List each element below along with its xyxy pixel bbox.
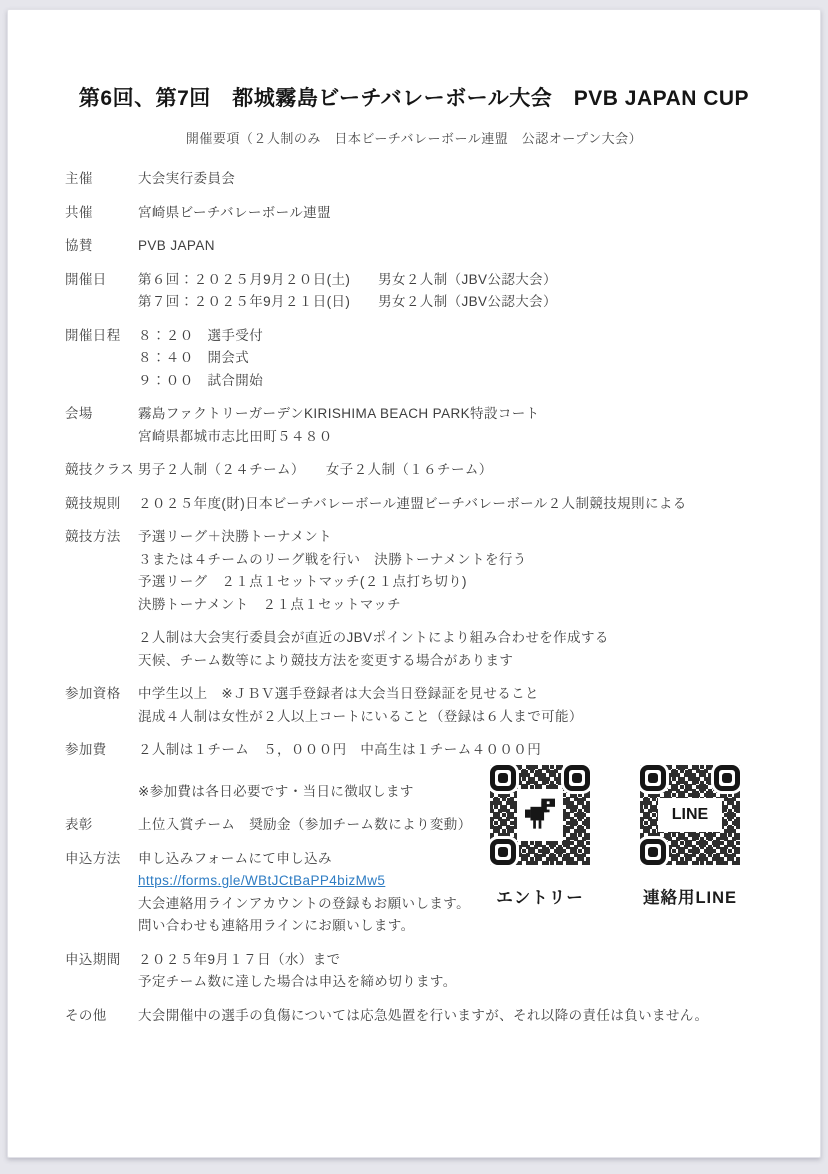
qr-finder-icon — [640, 765, 666, 791]
row-label: 参加資格 — [65, 683, 138, 728]
qr-finder-icon — [490, 765, 516, 791]
row-eligibility: 参加資格 中学生以上 ※ＪＢＶ選手登録者は大会当日登録証を見せること 混成４人制… — [65, 683, 760, 728]
row-label: 競技方法 — [65, 526, 138, 616]
row-line: 大会実行委員会 — [138, 168, 760, 191]
row-line: 決勝トーナメント ２１点１セットマッチ — [138, 594, 760, 617]
row-line: ８：４０ 開会式 — [138, 347, 760, 370]
qr-area: エントリー LINE 連絡用LINE — [488, 763, 742, 908]
row-line: 混成４人制は女性が２人以上コートにいること（登録は６人まで可能） — [138, 706, 760, 729]
qr-finder-icon — [640, 839, 666, 865]
row-label: 競技規則 — [65, 493, 138, 516]
row-line: 男子２人制（２４チーム） 女子２人制（１６チーム） — [138, 459, 760, 482]
line-qr-block: LINE 連絡用LINE — [638, 763, 742, 908]
dino-icon — [521, 793, 559, 837]
row-label: 会場 — [65, 403, 138, 448]
row-format-notes: ２人制は大会実行委員会が直近のJBVポイントにより組み合わせを作成する 天候、チ… — [65, 627, 760, 672]
row-label — [65, 781, 138, 804]
row-label: 開催日 — [65, 269, 138, 314]
line-logo: LINE — [662, 802, 718, 828]
row-label: その他 — [65, 1005, 138, 1028]
line-qr-label: 連絡用LINE — [638, 884, 742, 908]
row-line: ２０２５年9月１７日（水）まで — [138, 949, 760, 972]
entry-qr-code[interactable] — [488, 763, 592, 867]
row-rules: 競技規則 ２０２５年度(財)日本ビーチバレーボール連盟ビーチバレーボール２人制競… — [65, 493, 760, 516]
row-line: 予定チーム数に達した場合は申込を締め切ります。 — [138, 971, 760, 994]
qr-finder-icon — [564, 765, 590, 791]
row-sponsor: 協賛 PVB JAPAN — [65, 235, 760, 258]
row-format: 競技方法 予選リーグ＋決勝トーナメント ３または４チームのリーグ戦を行い 決勝ト… — [65, 526, 760, 616]
row-line: 宮崎県ビーチバレーボール連盟 — [138, 202, 760, 225]
row-line: 問い合わせも連絡用ラインにお願いします。 — [138, 915, 760, 938]
row-line: 霧島ファクトリーガーデンKIRISHIMA BEACH PARK特設コート — [138, 403, 760, 426]
row-cohost: 共催 宮崎県ビーチバレーボール連盟 — [65, 202, 760, 225]
row-fee: 参加費 ２人制は１チーム ５，０００円 中高生は１チーム４０００円 — [65, 739, 760, 762]
row-line: 第７回：２０２５年9月２１日(日) 男女２人制（JBV公認大会） — [138, 291, 760, 314]
page-subtitle: 開催要項（２人制のみ 日本ビーチバレーボール連盟 公認オープン大会） — [8, 128, 820, 147]
row-line: 第６回：２０２５月9月２０日(土) 男女２人制（JBV公認大会） — [138, 269, 760, 292]
row-organizer: 主催 大会実行委員会 — [65, 168, 760, 191]
row-label: 競技クラス — [65, 459, 138, 482]
row-line: ２人制は大会実行委員会が直近のJBVポイントにより組み合わせを作成する — [138, 627, 760, 650]
row-label — [65, 627, 138, 672]
row-label: 申込期間 — [65, 949, 138, 994]
row-line: 中学生以上 ※ＪＢＶ選手登録者は大会当日登録証を見せること — [138, 683, 760, 706]
row-label: 参加費 — [65, 739, 138, 762]
row-line: 予選リーグ ２１点１セットマッチ(２１点打ち切り) — [138, 571, 760, 594]
entry-qr-label: エントリー — [488, 884, 592, 908]
row-label: 表彰 — [65, 814, 138, 837]
row-schedule: 開催日程 ８：２０ 選手受付 ８：４０ 開会式 ９：００ 試合開始 — [65, 325, 760, 393]
row-label: 主催 — [65, 168, 138, 191]
application-form-link[interactable]: https://forms.gle/WBtJCtBaPP4bizMw5 — [138, 873, 385, 888]
row-line: 宮崎県都城市志比田町５４８０ — [138, 426, 760, 449]
row-label: 開催日程 — [65, 325, 138, 393]
row-label: 共催 — [65, 202, 138, 225]
row-line: PVB JAPAN — [138, 235, 760, 258]
row-line: 予選リーグ＋決勝トーナメント — [138, 526, 760, 549]
page-title: 第6回、第7回 都城霧島ビーチバレーボール大会 PVB JAPAN CUP — [8, 10, 820, 112]
row-line: ３または４チームのリーグ戦を行い 決勝トーナメントを行う — [138, 549, 760, 572]
row-line: ９：００ 試合開始 — [138, 370, 760, 393]
row-application-period: 申込期間 ２０２５年9月１７日（水）まで 予定チーム数に達した場合は申込を締め切… — [65, 949, 760, 994]
row-venue: 会場 霧島ファクトリーガーデンKIRISHIMA BEACH PARK特設コート… — [65, 403, 760, 448]
row-label: 申込方法 — [65, 848, 138, 938]
entry-qr-block: エントリー — [488, 763, 592, 908]
row-line: ８：２０ 選手受付 — [138, 325, 760, 348]
row-line: ２人制は１チーム ５，０００円 中高生は１チーム４０００円 — [138, 739, 760, 762]
row-class: 競技クラス 男子２人制（２４チーム） 女子２人制（１６チーム） — [65, 459, 760, 482]
line-qr-code[interactable]: LINE — [638, 763, 742, 867]
row-event-dates: 開催日 第６回：２０２５月9月２０日(土) 男女２人制（JBV公認大会） 第７回… — [65, 269, 760, 314]
row-other: その他 大会開催中の選手の負傷については応急処置を行いますが、それ以降の責任は負… — [65, 1005, 760, 1028]
row-line: 大会開催中の選手の負傷については応急処置を行いますが、それ以降の責任は負いません… — [138, 1005, 760, 1028]
row-label: 協賛 — [65, 235, 138, 258]
row-line: ２０２５年度(財)日本ビーチバレーボール連盟ビーチバレーボール２人制競技規則によ… — [138, 493, 760, 516]
row-line: 天候、チーム数等により競技方法を変更する場合があります — [138, 650, 760, 673]
qr-finder-icon — [714, 765, 740, 791]
document-page: 第6回、第7回 都城霧島ビーチバレーボール大会 PVB JAPAN CUP 開催… — [7, 9, 821, 1158]
qr-finder-icon — [490, 839, 516, 865]
